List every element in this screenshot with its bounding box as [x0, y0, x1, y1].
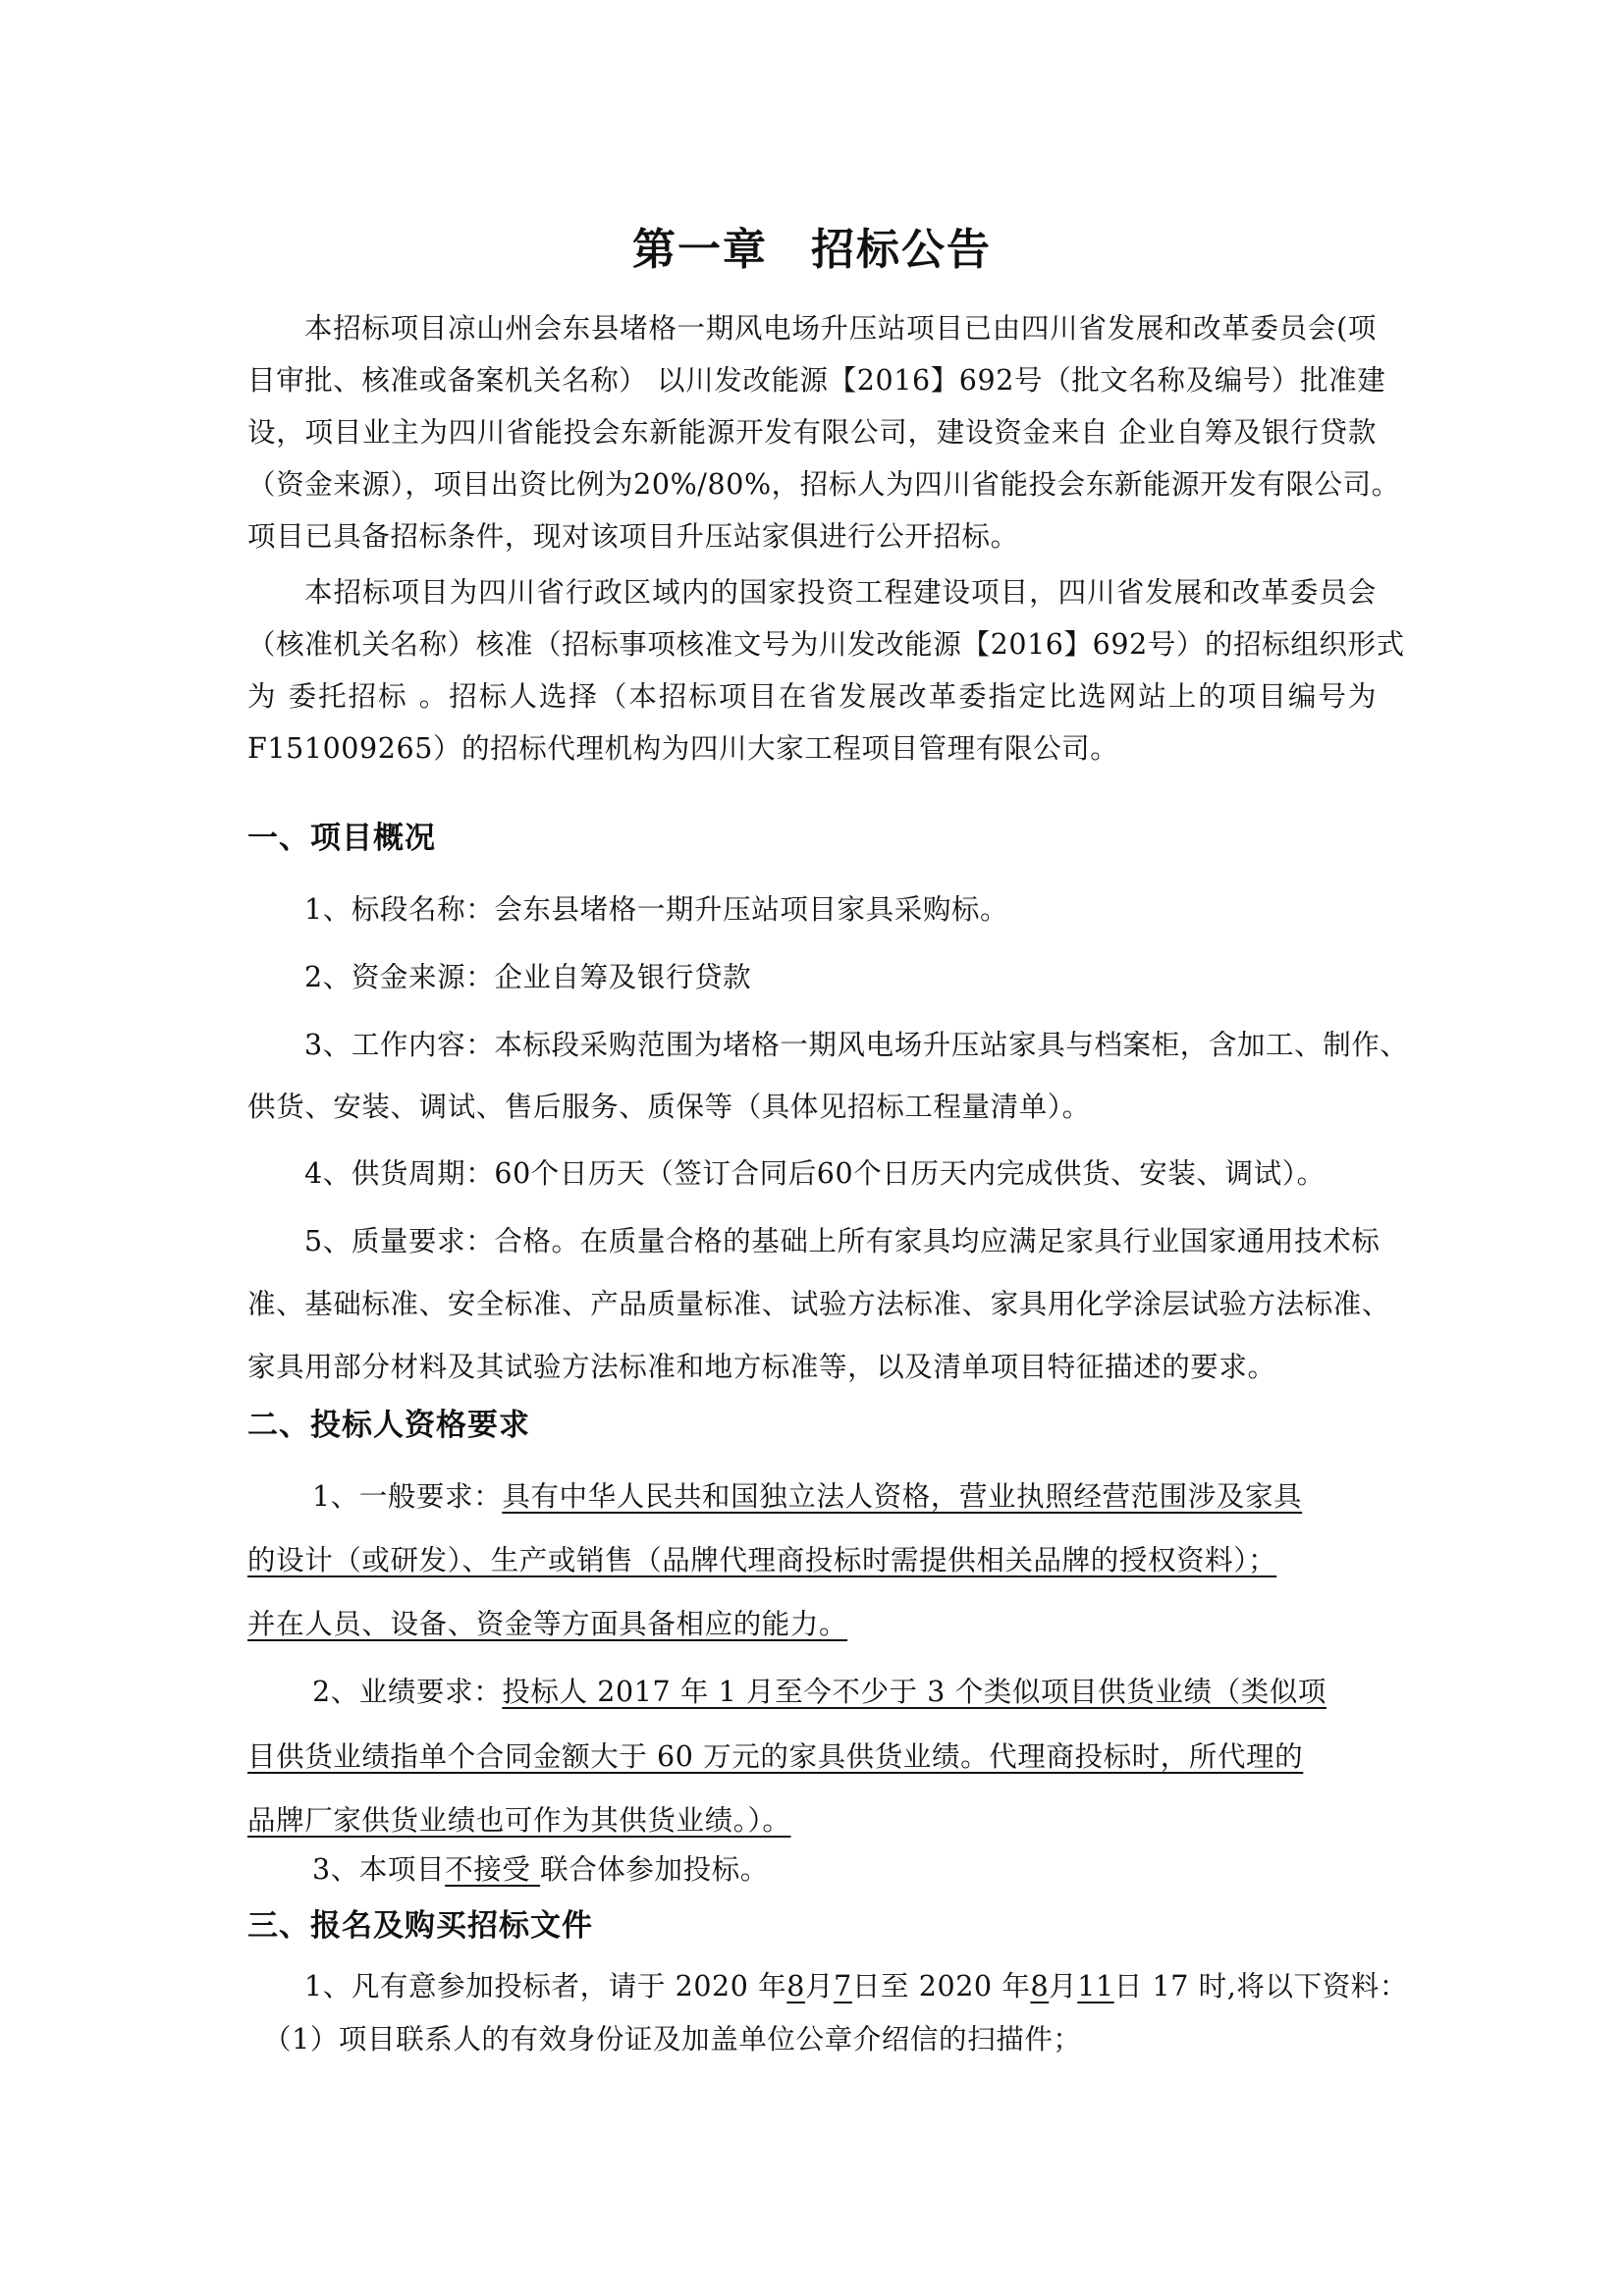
chapter-name: 招标公告 — [811, 225, 992, 275]
registration-item-1: 1、凡有意参加投标者，请于 2020 年8月7日至 2020 年8月11日 17… — [304, 1967, 1377, 2006]
intro-p1-line: 本招标项目凉山州会东县堵格一期风电场升压站项目已由四川省发展和改革委员会(项 — [304, 309, 1377, 348]
intro-p2-line: 为 委托招标 。招标人选择（本招标项目在省发展改革委指定比选网站上的项目编号为 — [247, 677, 1377, 717]
intro-p1-line: （资金来源），项目出资比例为20%/80%，招标人为四川省能投会东新能源开发有限… — [247, 465, 1377, 505]
qualification-performance-cont-text: 品牌厂家供货业绩也可作为其供货业绩。）。 — [247, 1804, 791, 1837]
qualification-general-cont-text: 并在人员、设备、资金等方面具备相应的能力。 — [247, 1608, 847, 1640]
reg-end-day: 11 — [1077, 1970, 1113, 2002]
qualification-performance-cont: 品牌厂家供货业绩也可作为其供货业绩。）。 — [247, 1801, 1377, 1841]
qualification-performance-label: 2、业绩要求： — [312, 1676, 502, 1708]
qualification-performance-cont: 目供货业绩指单个合同金额大于 60 万元的家具供货业绩。代理商投标时，所代理的 — [247, 1737, 1377, 1777]
intro-p1-line: 项目已具备招标条件，现对该项目升压站家俱进行公开招标。 — [247, 517, 1377, 557]
reg-text: 月 — [805, 1970, 834, 2002]
section-heading-project-overview: 一、项目概况 — [247, 819, 1377, 858]
project-item-quality: 5、质量要求：合格。在质量合格的基础上所有家具均应满足家具行业国家通用技术标 — [304, 1222, 1377, 1261]
reg-end-month: 8 — [1030, 1970, 1049, 2002]
qualification-consortium: 3、本项目不接受 联合体参加投标。 — [312, 1850, 1384, 1890]
reg-text: 日 17 时,将以下资料： — [1114, 1970, 1408, 2002]
qualification-general: 1、一般要求：具有中华人民共和国独立法人资格，营业执照经营范围涉及家具 — [312, 1477, 1384, 1517]
intro-p1-line: 设，项目业主为四川省能投会东新能源开发有限公司，建设资金来自 企业自筹及银行贷款 — [247, 413, 1377, 453]
project-item-scope: 3、工作内容：本标段采购范围为堵格一期风电场升压站家具与档案柜，含加工、制作、 — [304, 1026, 1377, 1065]
intro-p1-line: 目审批、核准或备案机关名称） 以川发改能源【2016】692号（批文名称及编号）… — [247, 361, 1377, 400]
consortium-value: 不接受 — [445, 1853, 540, 1886]
qualification-general-cont: 的设计（或研发）、生产或销售（品牌代理商投标时需提供相关品牌的授权资料）； — [247, 1541, 1377, 1580]
intro-p2-line: 本招标项目为四川省行政区域内的国家投资工程建设项目，四川省发展和改革委员会 — [304, 573, 1377, 613]
project-item-lot-name: 1、标段名称：会东县堵格一期升压站项目家具采购标。 — [304, 890, 1377, 930]
consortium-prefix: 3、本项目 — [312, 1853, 445, 1886]
chapter-title: 第一章招标公告 — [0, 214, 1624, 277]
document-page: 第一章招标公告 本招标项目凉山州会东县堵格一期风电场升压站项目已由四川省发展和改… — [0, 0, 1624, 2296]
reg-text: 1、凡有意参加投标者，请于 2020 年 — [304, 1970, 786, 2002]
consortium-suffix: 联合体参加投标。 — [540, 1853, 769, 1886]
intro-p2-line: F151009265）的招标代理机构为四川大家工程项目管理有限公司。 — [247, 729, 1377, 769]
chapter-number: 第一章 — [632, 225, 768, 275]
project-item-funding: 2、资金来源：企业自筹及银行贷款 — [304, 958, 1377, 997]
reg-text: 月 — [1049, 1970, 1077, 2002]
section-heading-registration: 三、报名及购买招标文件 — [247, 1906, 1377, 1946]
project-item-scope-cont: 供货、安装、调试、售后服务、质保等（具体见招标工程量清单）。 — [247, 1088, 1377, 1127]
qualification-general-label: 1、一般要求： — [312, 1480, 502, 1513]
project-item-quality-cont: 家具用部分材料及其试验方法标准和地方标准等，以及清单项目特征描述的要求。 — [247, 1348, 1377, 1387]
section-heading-qualifications: 二、投标人资格要求 — [247, 1406, 1377, 1445]
project-item-quality-cont: 准、基础标准、安全标准、产品质量标准、试验方法标准、家具用化学涂层试验方法标准、 — [247, 1285, 1377, 1324]
registration-sub-item-1: （1）项目联系人的有效身份证及加盖单位公章介绍信的扫描件； — [263, 2020, 1392, 2059]
qualification-general-cont: 并在人员、设备、资金等方面具备相应的能力。 — [247, 1605, 1377, 1644]
qualification-performance: 2、业绩要求：投标人 2017 年 1 月至今不少于 3 个类似项目供货业绩（类… — [312, 1673, 1384, 1712]
qualification-performance-text: 投标人 2017 年 1 月至今不少于 3 个类似项目供货业绩（类似项 — [502, 1676, 1326, 1708]
project-item-delivery: 4、供货周期：60个日历天（签订合同后60个日历天内完成供货、安装、调试）。 — [304, 1154, 1377, 1194]
intro-p2-line: （核准机关名称）核准（招标事项核准文号为川发改能源【2016】692号）的招标组… — [247, 625, 1377, 665]
qualification-general-text: 具有中华人民共和国独立法人资格，营业执照经营范围涉及家具 — [502, 1480, 1302, 1513]
reg-start-day: 7 — [834, 1970, 852, 2002]
reg-start-month: 8 — [786, 1970, 805, 2002]
reg-text: 日至 2020 年 — [852, 1970, 1031, 2002]
